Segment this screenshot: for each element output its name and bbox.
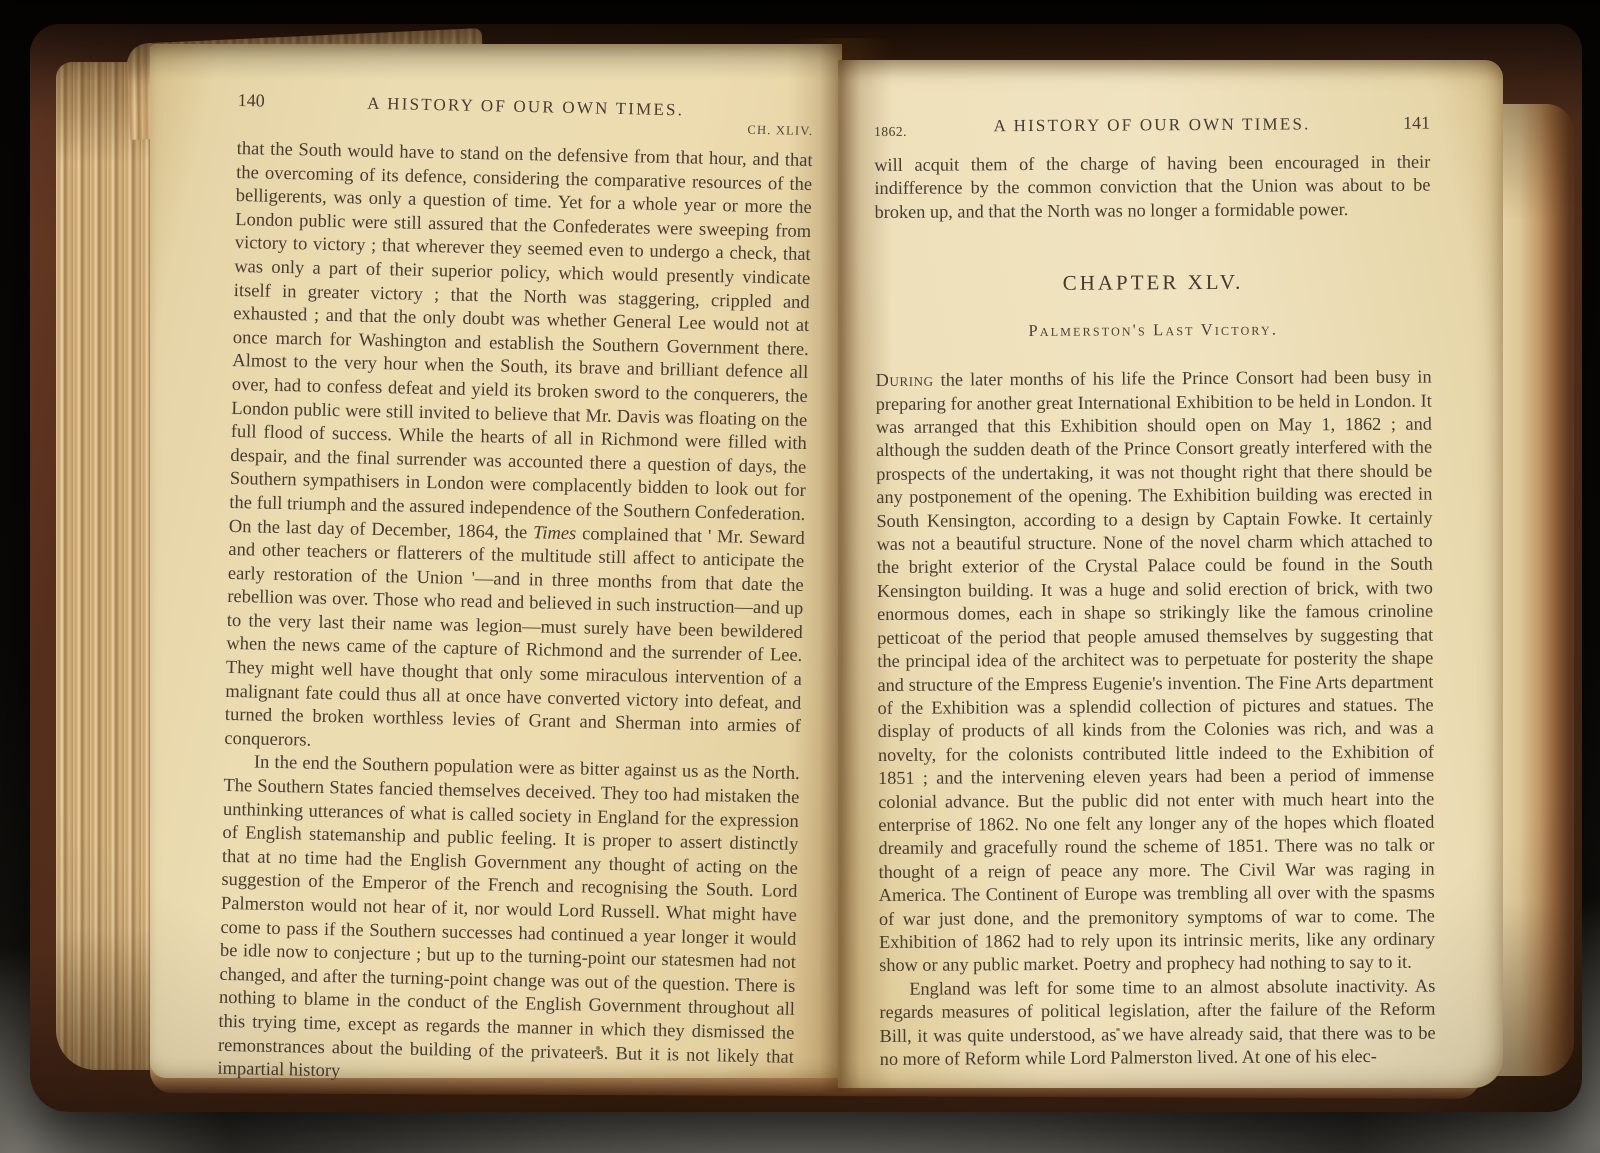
right-page-header: 1862. A HISTORY OF OUR OWN TIMES. 141 xyxy=(874,113,1430,137)
paragraph: will acquit them of the charge of having… xyxy=(874,151,1430,225)
chapter-subtitle: Palmerston's Last Victory. xyxy=(875,319,1431,342)
right-page-body: During the later months of his life the … xyxy=(876,366,1436,1072)
right-page-content: 1862. A HISTORY OF OUR OWN TIMES. 141 wi… xyxy=(874,113,1436,1072)
body-text-run: In the end the Southern population were … xyxy=(217,753,800,1082)
body-text-run: will acquit them of the charge of having… xyxy=(874,152,1430,222)
chapter-heading: CHAPTER XLV. xyxy=(875,269,1431,297)
body-text-run: England was left for some time to an alm… xyxy=(879,975,1435,1069)
italic-text: Times xyxy=(533,523,577,544)
paragraph: that the South would have to stand on th… xyxy=(224,138,813,763)
chapter-end-body: will acquit them of the charge of having… xyxy=(874,151,1430,225)
body-text-run: the later months of his life the Prince … xyxy=(876,367,1435,976)
page-number: 140 xyxy=(238,90,302,112)
page-number: 141 xyxy=(1366,113,1430,134)
left-page-content: 140 A HISTORY OF OUR OWN TIMES. CH. XLIV… xyxy=(217,90,814,1094)
small-caps-text: During xyxy=(876,370,934,390)
paragraph: During the later months of his life the … xyxy=(876,366,1436,978)
page-edges-right xyxy=(1492,104,1574,1076)
left-page-body: that the South would have to stand on th… xyxy=(217,138,813,1094)
header-spacer xyxy=(750,117,814,118)
body-text-run: that the South would have to stand on th… xyxy=(229,139,813,543)
body-text-run: complained that ' Mr. Seward and other t… xyxy=(224,524,805,751)
running-header: A HISTORY OF OUR OWN TIMES. xyxy=(938,114,1366,137)
book-photograph: 140 A HISTORY OF OUR OWN TIMES. CH. XLIV… xyxy=(0,0,1600,1153)
paragraph: England was left for some time to an alm… xyxy=(879,974,1436,1071)
paragraph: In the end the Southern population were … xyxy=(217,751,800,1093)
year-marker: 1862. xyxy=(874,124,938,140)
